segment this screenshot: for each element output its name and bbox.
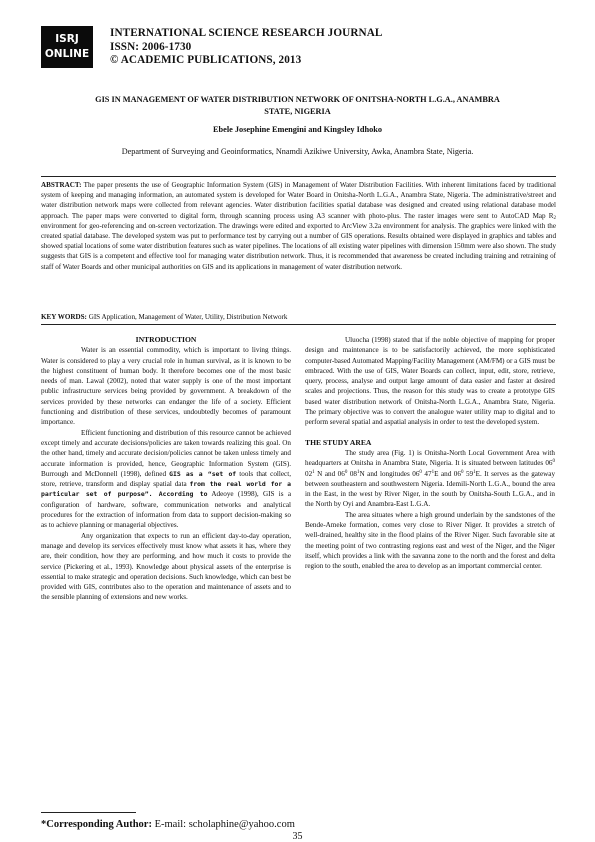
paper-title: GIS IN MANAGEMENT OF WATER DISTRIBUTION … — [40, 94, 555, 118]
intro-paragraph-2: Efficient functioning and distribution o… — [41, 428, 291, 531]
degree-mark: 0 — [553, 459, 556, 464]
intro-paragraph-4: Uluocha (1998) stated that if the noble … — [305, 335, 555, 428]
abstract-label: ABSTRACT: — [41, 181, 81, 189]
abstract-text-b: environment for geo-referencing and on-s… — [41, 222, 556, 271]
abstract-subscript: 2 — [554, 216, 557, 221]
corresponding-author-label: *Corresponding Author: — [41, 819, 152, 830]
study-p1-g: E and 06 — [434, 470, 461, 478]
logo-line-1: ISRJ — [41, 32, 93, 47]
page-number: 35 — [0, 832, 595, 842]
left-column: INTRODUCTION Water is an essential commo… — [41, 335, 291, 603]
study-area-heading: THE STUDY AREA — [305, 438, 555, 448]
logo-line-2: ONLINE — [41, 47, 93, 62]
abstract-text-a: The paper presents the use of Geographic… — [41, 181, 556, 220]
intro-p2-quote-a: GIS as a “set of — [169, 470, 236, 478]
study-p1-h: 59 — [463, 470, 473, 478]
title-line-1: GIS IN MANAGEMENT OF WATER DISTRIBUTION … — [40, 94, 555, 106]
abstract-top-rule — [41, 176, 556, 177]
study-p1-a: The study area (Fig. 1) is Onitsha-North… — [305, 449, 555, 467]
title-line-2: STATE, NIGERIA — [40, 106, 555, 118]
corresponding-author-email: E-mail: scholaphine@yahoo.com — [152, 819, 295, 830]
right-column: Uluocha (1998) stated that if the noble … — [305, 335, 555, 572]
study-p1-e: N and longitudes 06 — [359, 470, 419, 478]
study-area-paragraph-1: The study area (Fig. 1) is Onitsha-North… — [305, 448, 555, 510]
journal-copyright: © ACADEMIC PUBLICATIONS, 2013 — [110, 54, 382, 68]
corresponding-author: *Corresponding Author: E-mail: scholaphi… — [41, 819, 295, 830]
journal-issn: ISSN: 2006-1730 — [110, 41, 382, 55]
keywords: KEY WORDS: GIS Application, Management o… — [41, 313, 556, 321]
journal-header: INTERNATIONAL SCIENCE RESEARCH JOURNAL I… — [110, 27, 382, 68]
abstract: ABSTRACT: The paper presents the use of … — [41, 180, 556, 272]
study-p1-f: 47 — [422, 470, 432, 478]
study-p1-c: N and 06 — [315, 470, 345, 478]
journal-name: INTERNATIONAL SCIENCE RESEARCH JOURNAL — [110, 27, 382, 41]
paper-authors: Ebele Josephine Emengini and Kingsley Id… — [40, 125, 555, 134]
journal-logo: ISRJ ONLINE — [41, 26, 93, 68]
introduction-heading: INTRODUCTION — [41, 335, 291, 345]
study-p1-d: 08 — [347, 470, 357, 478]
keywords-text: GIS Application, Management of Water, Ut… — [87, 313, 288, 321]
study-area-paragraph-2: The area situates where a high ground un… — [305, 510, 555, 572]
paper-affiliation: Department of Surveying and Geoinformati… — [40, 147, 555, 156]
intro-paragraph-3: Any organization that expects to run an … — [41, 531, 291, 603]
footnote-rule — [41, 812, 136, 813]
intro-paragraph-1: Water is an essential commodity, which i… — [41, 345, 291, 427]
keywords-bottom-rule — [41, 324, 556, 325]
keywords-label: KEY WORDS: — [41, 313, 87, 321]
